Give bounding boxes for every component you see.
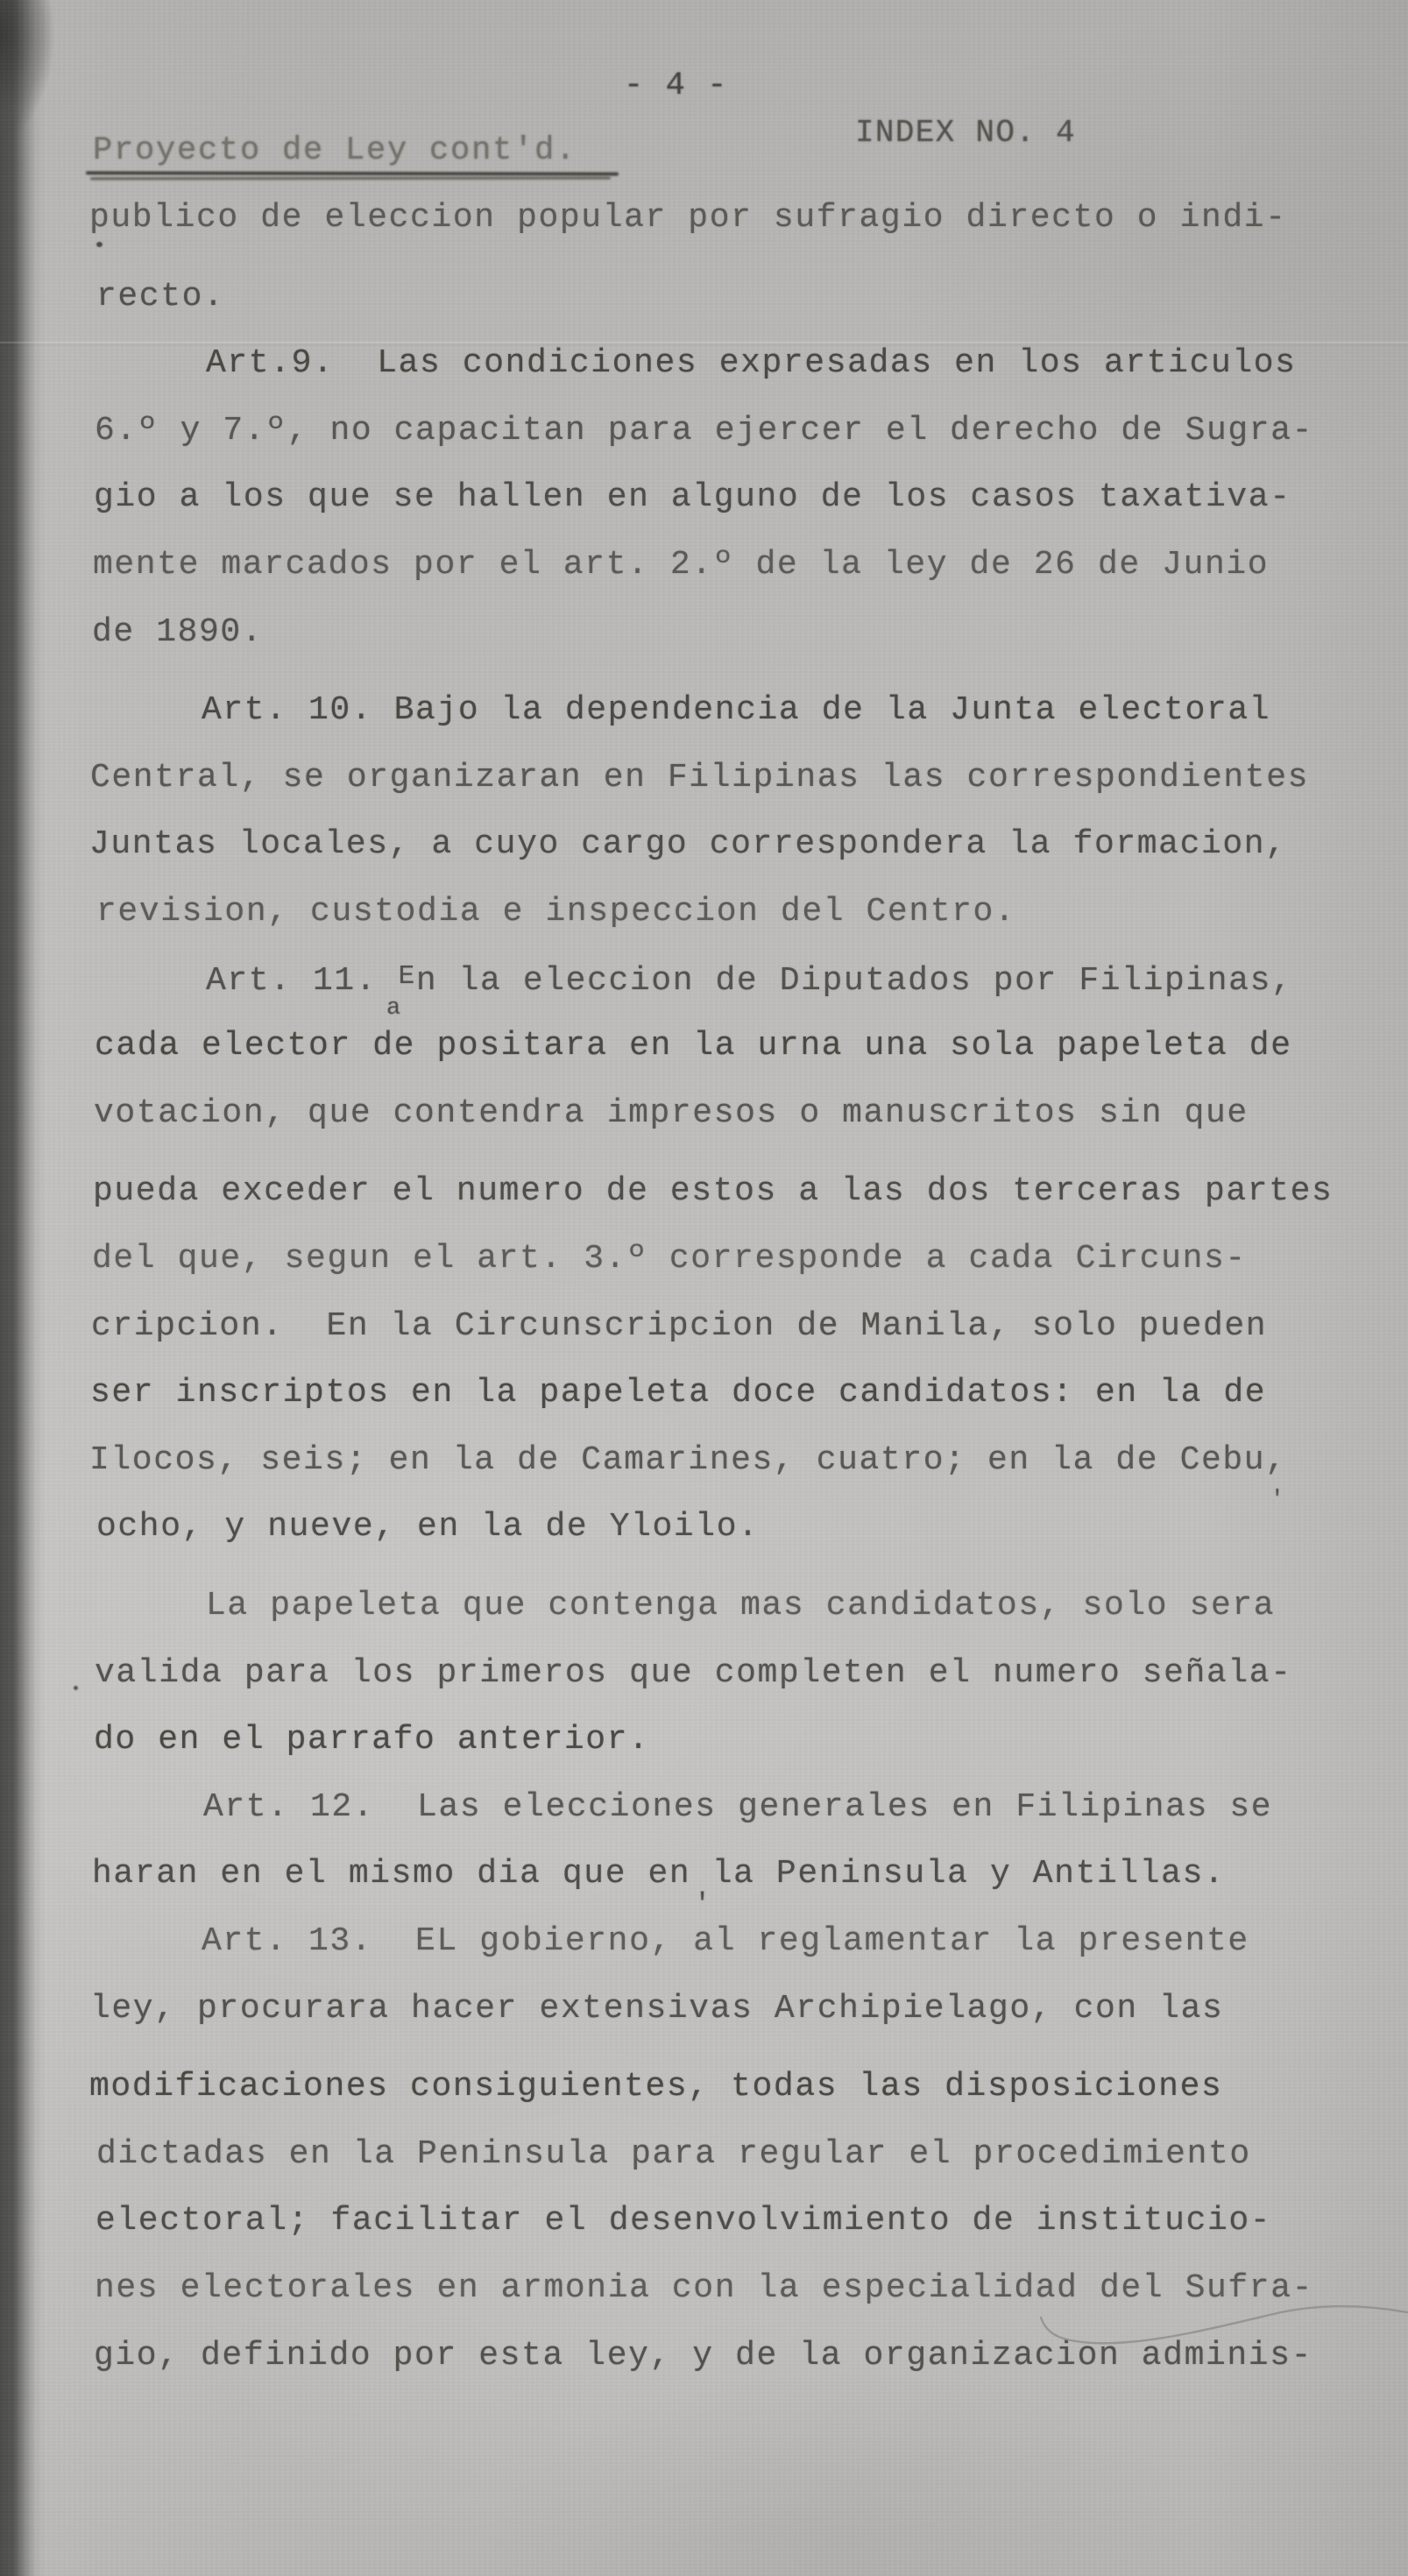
text-line: recto. (96, 280, 224, 314)
text-line: del que, segun el art. 3.º corresponde a… (92, 1242, 1247, 1276)
text-line: mente marcados por el art. 2.º de la ley… (93, 548, 1269, 582)
text-line: cripcion. En la Circunscripcion de Manil… (91, 1310, 1267, 1343)
text-line: ley, procurara hacer extensivas Archipie… (90, 1992, 1223, 2026)
text-line: gio, definido por esta ley, y de la orga… (94, 2339, 1312, 2373)
text-line: Juntas locales, a cuyo cargo corresponde… (89, 828, 1287, 861)
text-line: Art.9. Las condiciones expresadas en los… (206, 347, 1297, 380)
text-line: electoral; facilitar el desenvolvimiento… (96, 2204, 1271, 2238)
text-line: Art. 10. Bajo la dependencia de la Junta… (202, 694, 1270, 727)
text-body: publico de eleccion popular por sufragio… (0, 0, 1408, 2576)
text-line: pueda exceder el numero de estos a las d… (93, 1175, 1333, 1208)
text-line: ocho, y nueve, en la de Yloilo. (96, 1511, 760, 1544)
text-line: Art. 13. EL gobierno, al reglamentar la … (202, 1925, 1249, 1958)
text-line: valida para los primeros que completen e… (95, 1657, 1292, 1690)
text-line: Art. 11. En la eleccion de Diputados por… (206, 963, 1292, 998)
stray-ink-mark: ' (694, 1891, 711, 1919)
text-line: haran en el mismo dia que en la Peninsul… (92, 1858, 1225, 1891)
stray-comma-mark: ' (1270, 1488, 1284, 1511)
text-line: dictadas en la Peninsula para regular el… (96, 2138, 1251, 2171)
text-line: modificaciones consiguientes, todas las … (89, 2070, 1222, 2104)
text-line: gio a los que se hallen en alguno de los… (94, 481, 1291, 514)
text-line: revision, custodia e inspeccion del Cent… (96, 895, 1015, 929)
text-line: de 1890. (92, 616, 263, 649)
text-line: cada elector de positara en la urna una … (95, 1030, 1292, 1063)
ink-dot (96, 242, 103, 247)
text-line: nes electorales en armonia con la especi… (95, 2272, 1313, 2305)
text-line: Art. 12. Las elecciones generales en Fil… (203, 1791, 1272, 1824)
text-line: La papeleta que contenga mas candidatos,… (206, 1589, 1275, 1623)
typed-correction-mark: a (386, 997, 400, 1021)
text-line: votacion, que contendra impresos o manus… (94, 1097, 1249, 1130)
text-line: Ilocos, seis; en la de Camarines, cuatro… (89, 1444, 1287, 1477)
text-line: ser inscriptos en la papeleta doce candi… (90, 1376, 1266, 1410)
text-line: Central, se organizaran en Filipinas las… (90, 761, 1309, 795)
ink-dot (74, 1686, 78, 1690)
text-line: publico de eleccion popular por sufragio… (89, 202, 1287, 235)
text-line: do en el parrafo anterior. (94, 1723, 650, 1757)
text-line: 6.º y 7.º, no capacitan para ejercer el … (95, 414, 1313, 448)
document-page: - 4 - INDEX NO. 4 Proyecto de Ley cont'd… (0, 0, 1408, 2576)
